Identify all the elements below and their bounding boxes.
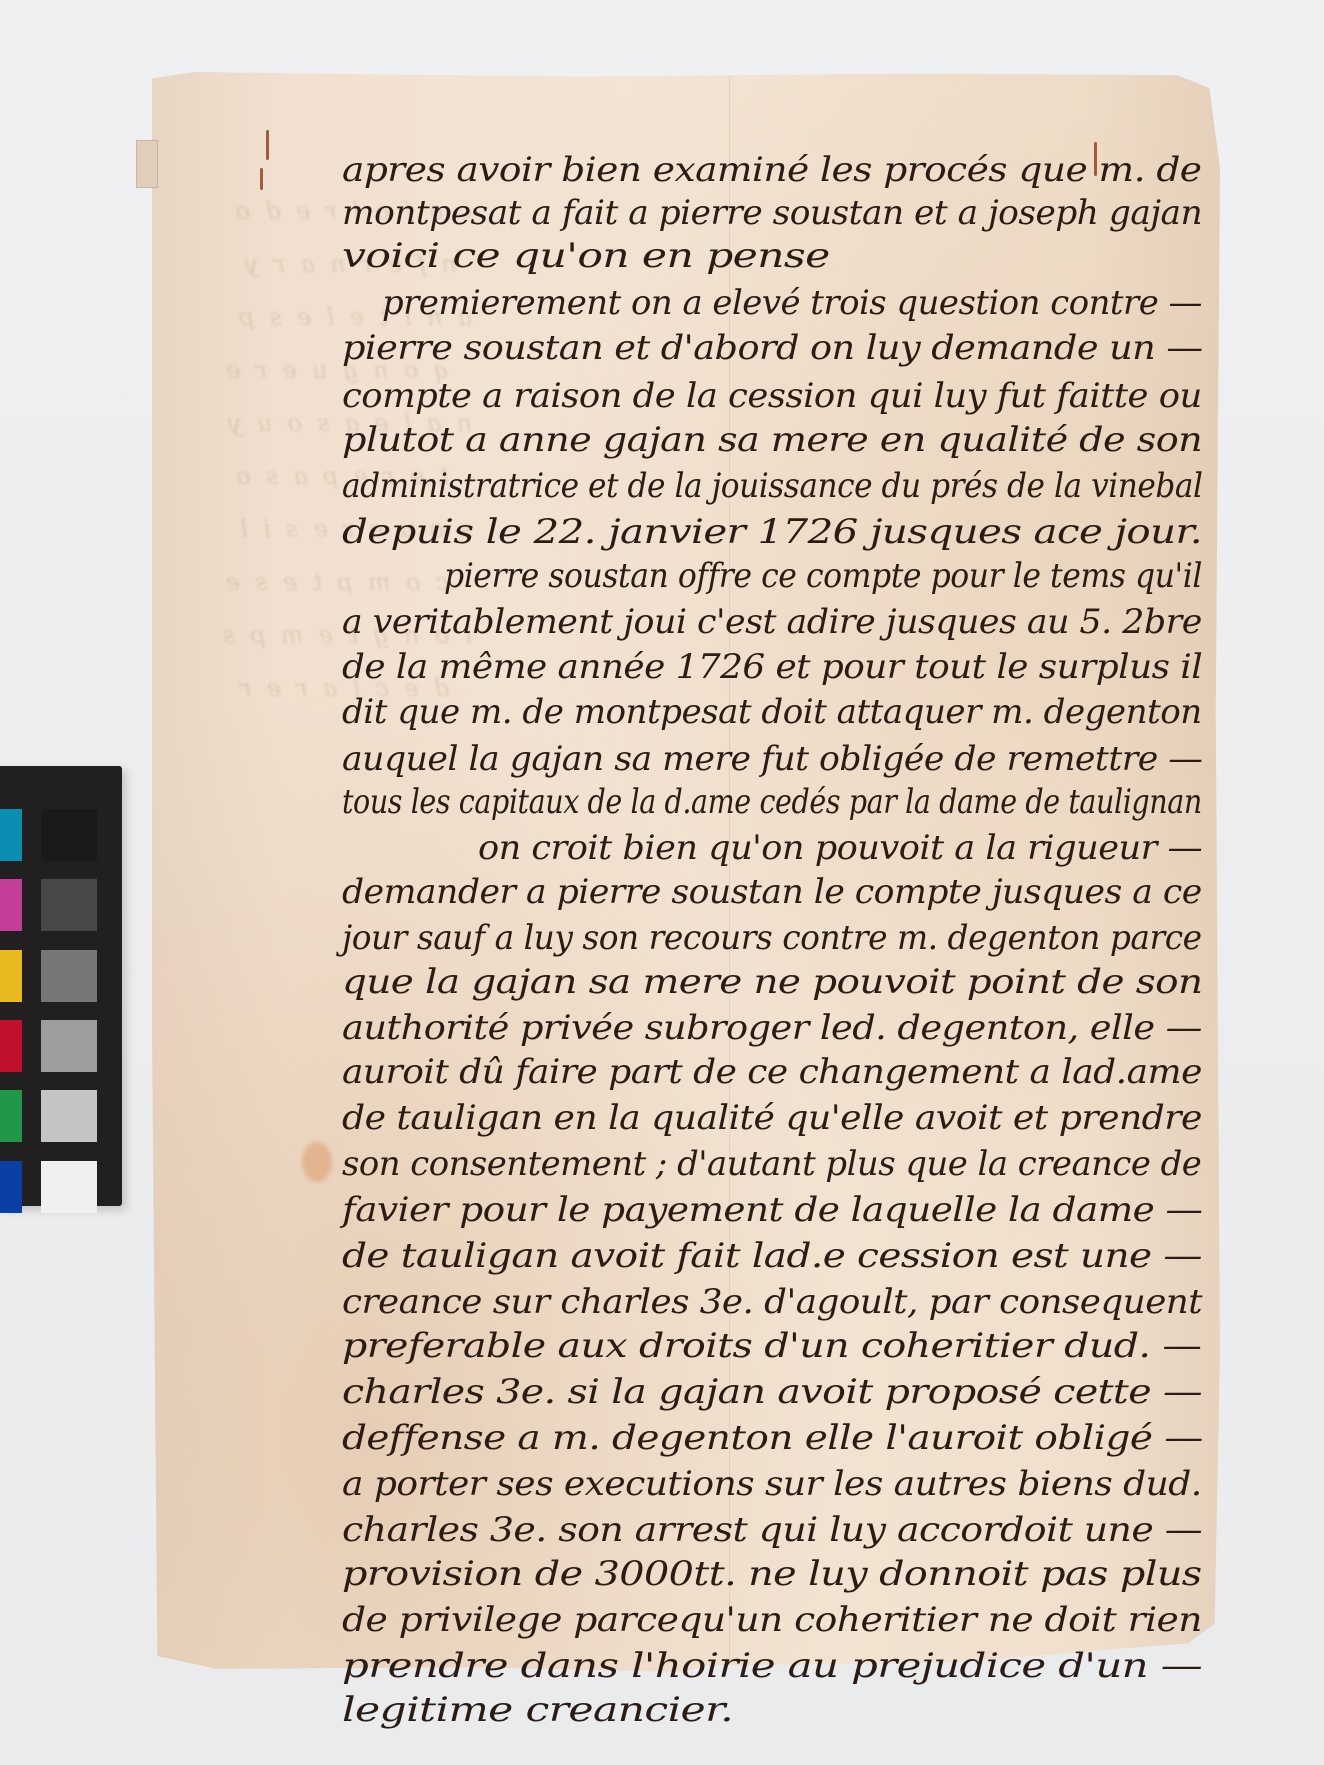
manuscript-line: apres avoir bien examiné les procés que … [342, 150, 1201, 190]
manuscript-line: preferable aux droits d'un coheritier du… [342, 1326, 1201, 1366]
swatch-red [0, 1020, 22, 1072]
manuscript-line: pierre soustan et d'abord on luy demande… [342, 328, 1202, 368]
ink-drip [260, 168, 263, 190]
manuscript-line: prendre dans l'hoirie au prejudice d'un … [342, 1646, 1202, 1686]
manuscript-line: demander a pierre soustan le compte jusq… [342, 872, 1202, 912]
manuscript-line: jour sauf a luy son recours contre m. de… [342, 918, 1202, 958]
manuscript-line: compte a raison de la cession qui luy fu… [342, 376, 1202, 416]
manuscript-line: on croit bien qu'on pouvoit a la rigueur… [478, 828, 1202, 868]
manuscript-line: plutot a anne gajan sa mere en qualité d… [342, 420, 1202, 460]
manuscript-line: dit que m. de montpesat doit attaquer m.… [342, 692, 1202, 732]
manuscript-line: de tauligan en la qualité qu'elle avoit … [342, 1098, 1202, 1138]
swatch-green [0, 1090, 22, 1142]
manuscript-line: auquel la gajan sa mere fut obligée de r… [342, 739, 1202, 779]
manuscript-line: depuis le 22. janvier 1726 jusques ace j… [342, 512, 1202, 552]
manuscript-line: authorité privée subroger led. degenton,… [342, 1008, 1202, 1048]
manuscript-line: charles 3e. si la gajan avoit proposé ce… [342, 1372, 1202, 1412]
manuscript-line: provision de 3000tt. ne luy donnoit pas … [342, 1554, 1202, 1594]
swatch-dark-gray [41, 879, 97, 931]
manuscript-line: auroit dû faire part de ce changement a … [342, 1052, 1202, 1092]
manuscript-line: a veritablement joui c'est adire jusques… [342, 602, 1202, 642]
manuscript-line: de tauligan avoit fait lad.e cession est… [342, 1236, 1202, 1276]
ink-drip [266, 130, 269, 160]
swatch-pale-gray [41, 1090, 97, 1142]
manuscript-line: pierre soustan offre ce compte pour le t… [444, 556, 1202, 596]
manuscript-line: administratrice et de la jouissance du p… [342, 466, 1203, 506]
manuscript-line: favier pour le payement de laquelle la d… [342, 1190, 1202, 1230]
manuscript-line: que la gajan sa mere ne pouvoit point de… [342, 962, 1202, 1002]
manuscript-line: tous les capitaux de la d.ame cedés par … [342, 782, 1202, 822]
manuscript-line: legitime creancier. [342, 1690, 733, 1730]
manuscript-line: montpesat a fait a pierre soustan et a j… [342, 193, 1202, 233]
rust-stain [302, 1142, 332, 1182]
color-calibration-card [0, 766, 122, 1206]
manuscript-line: voici ce qu'on en pense [342, 236, 830, 276]
swatch-black [41, 809, 97, 861]
swatch-magenta [0, 879, 22, 931]
swatch-mid-gray [41, 950, 97, 1002]
swatch-light-gray [41, 1020, 97, 1072]
manuscript-line: a porter ses executions sur les autres b… [342, 1464, 1202, 1504]
manuscript-line: deffense a m. degenton elle l'auroit obl… [342, 1418, 1203, 1458]
manuscript-line: charles 3e. son arrest qui luy accordoit… [342, 1510, 1202, 1550]
manuscript-line: de privilege parcequ'un coheritier ne do… [342, 1600, 1202, 1640]
swatch-yellow [0, 950, 22, 1002]
swatch-white [41, 1161, 97, 1213]
swatch-cyan [0, 809, 22, 861]
manuscript-line: son consentement ; d'autant plus que la … [342, 1144, 1201, 1184]
swatch-blue [0, 1161, 22, 1213]
manuscript-line: premierement on a elevé trois question c… [382, 283, 1202, 323]
manuscript-line: de la même année 1726 et pour tout le su… [342, 647, 1202, 687]
manuscript-line: creance sur charles 3e. d'agoult, par co… [342, 1282, 1202, 1322]
page-tab [136, 140, 158, 188]
